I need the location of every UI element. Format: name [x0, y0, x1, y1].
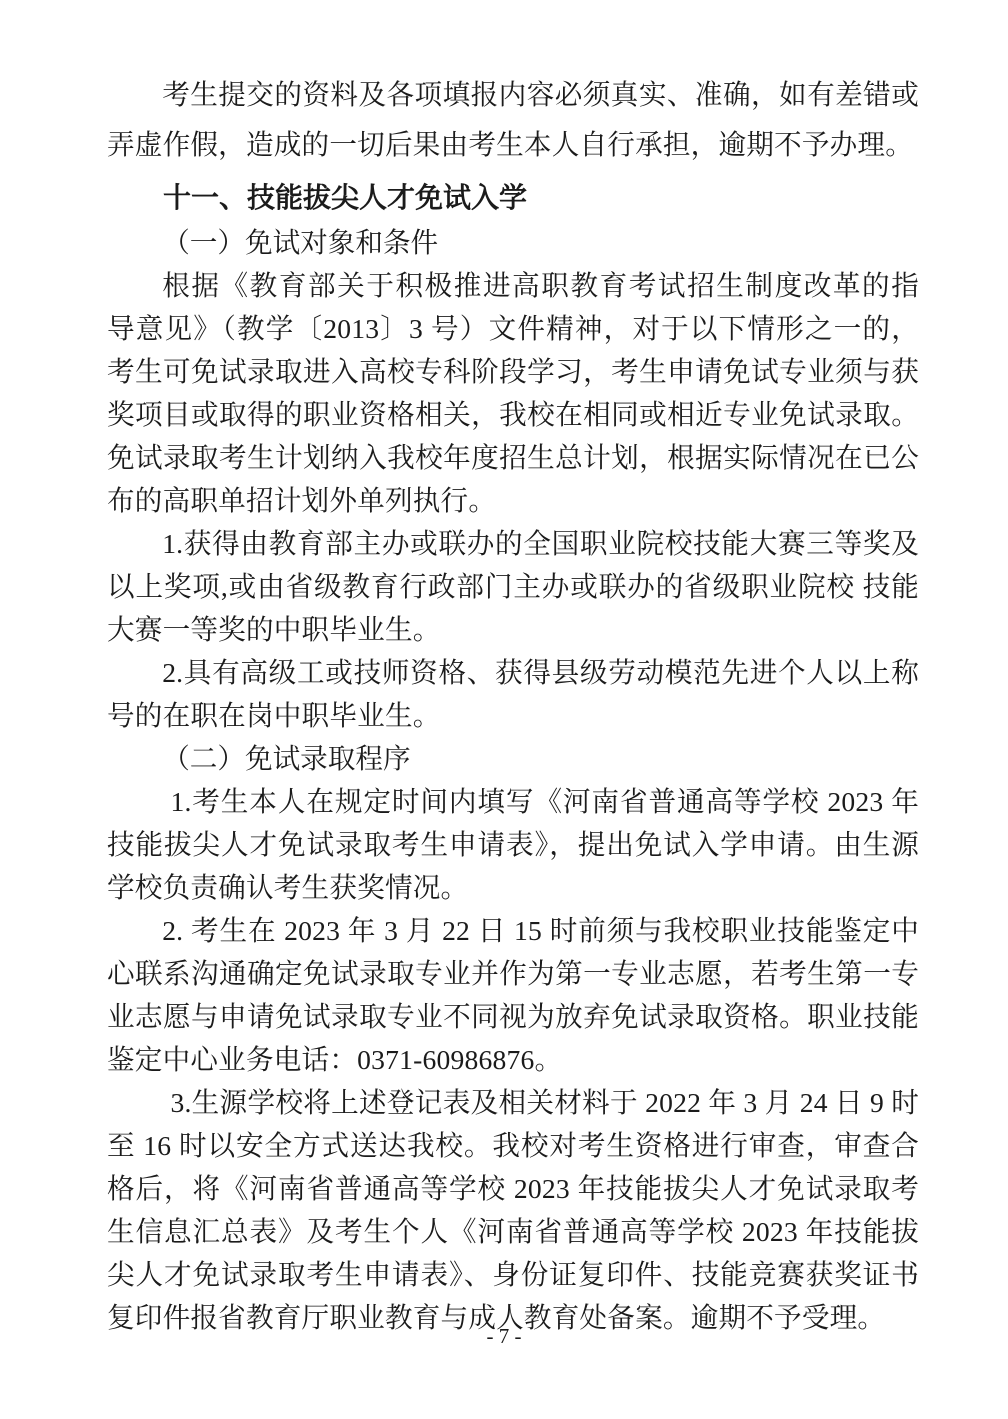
document-page: 考生提交的资料及各项填报内容必须真实、准确，如有差错或弄虚作假，造成的一切后果由…: [0, 0, 1008, 1419]
subheading-admission-procedure: （二）免试录取程序: [107, 737, 919, 780]
document-body: 考生提交的资料及各项填报内容必须真实、准确，如有差错或弄虚作假，造成的一切后果由…: [107, 70, 919, 1339]
section-heading-11: 十一、技能拔尖人才免试入学: [107, 177, 919, 221]
paragraph-procedure-2: 2. 考生在 2023 年 3 月 22 日 15 时前须与我校职业技能鉴定中心…: [107, 909, 919, 1081]
subheading-exemption-targets: （一）免试对象和条件: [107, 221, 919, 264]
page-number: - 7 -: [0, 1322, 1008, 1350]
paragraph-procedure-1: 1.考生本人在规定时间内填写《河南省普通高等学校 2023 年技能拔尖人才免试录…: [107, 780, 919, 909]
paragraph-procedure-3: 3.生源学校将上述登记表及相关材料于 2022 年 3 月 24 日 9 时至 …: [107, 1081, 919, 1339]
paragraph-policy-basis: 根据《教育部关于积极推进高职教育考试招生制度改革的指 导意见》（教学〔2013〕…: [107, 264, 919, 522]
paragraph-condition-2: 2.具有高级工或技师资格、获得县级劳动模范先进个人以上称号的在职在岗中职毕业生。: [107, 651, 919, 737]
paragraph-intro: 考生提交的资料及各项填报内容必须真实、准确，如有差错或弄虚作假，造成的一切后果由…: [107, 70, 919, 170]
paragraph-condition-1: 1.获得由教育部主办或联办的全国职业院校技能大赛三等奖及以上奖项,或由省级教育行…: [107, 522, 919, 651]
